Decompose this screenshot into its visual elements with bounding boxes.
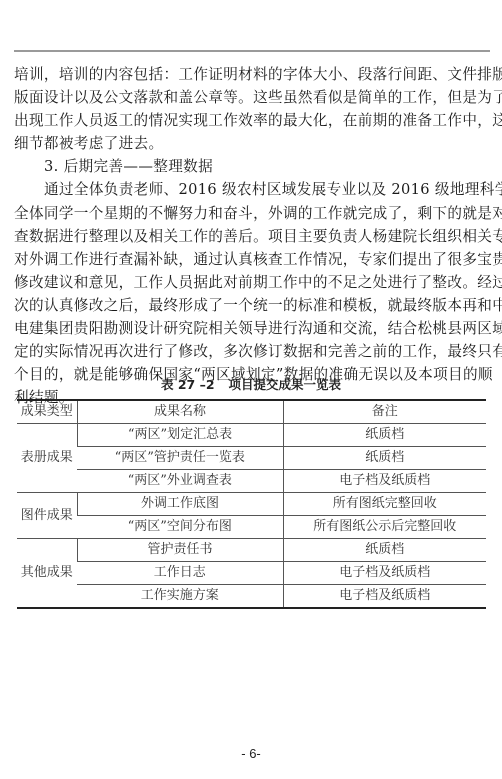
result-note-cell: 所有图纸完整回收 bbox=[283, 493, 486, 516]
table-caption: 表 27 –2项目提交成果一览表 bbox=[0, 375, 502, 395]
body-text: 培训，培训的内容包括：工作证明材料的字体大小、段落行间距、文件排版、 版面设计以… bbox=[14, 63, 490, 409]
body-line: 出现工作人员返工的情况实现工作效率的最大化，在前期的准备工作中，这些 bbox=[14, 109, 490, 132]
result-name-cell: 工作日志 bbox=[77, 562, 283, 585]
body-line: 对外调工作进行查漏补缺，通过认真核查工作情况，专家们提出了很多宝贵的 bbox=[14, 248, 490, 271]
header-rule bbox=[14, 50, 490, 52]
result-note-cell: 所有图纸公示后完整回收 bbox=[283, 516, 486, 539]
table-header-row: 成果类型 成果名称 备注 bbox=[17, 400, 486, 424]
table-caption-title: 项目提交成果一览表 bbox=[229, 377, 342, 392]
table-row: “两区”空间分布图 所有图纸公示后完整回收 bbox=[17, 516, 486, 539]
table-row: 其他成果 管护责任书 纸质档 bbox=[17, 539, 486, 562]
table-row: 表册成果 “两区”划定汇总表 纸质档 bbox=[17, 424, 486, 447]
result-note-cell: 纸质档 bbox=[283, 447, 486, 470]
header-note: 备注 bbox=[283, 400, 486, 424]
result-note-cell: 纸质档 bbox=[283, 539, 486, 562]
body-line: 版面设计以及公文落款和盖公章等。这些虽然看似是简单的工作，但是为了不 bbox=[14, 86, 490, 109]
result-name-cell: 工作实施方案 bbox=[77, 585, 283, 609]
result-note-cell: 电子档及纸质档 bbox=[283, 470, 486, 493]
body-line: 通过全体负责老师、2016 级农村区域发展专业以及 2016 级地理科学专业 bbox=[14, 178, 490, 201]
body-line: 修改建议和意见，工作人员据此对前期工作中的不足之处进行了整改。经过多 bbox=[14, 271, 490, 294]
body-line: 培训，培训的内容包括：工作证明材料的字体大小、段落行间距、文件排版、 bbox=[14, 63, 490, 86]
group-type-cell: 表册成果 bbox=[17, 424, 77, 493]
body-line: 全体同学一个星期的不懈努力和奋斗，外调的工作就完成了，剩下的就是对调 bbox=[14, 202, 490, 225]
body-line: 细节都被考虑了进去。 bbox=[14, 132, 490, 155]
group-type-cell: 图件成果 bbox=[17, 493, 77, 539]
result-name-cell: “两区”空间分布图 bbox=[77, 516, 283, 539]
table-row: “两区”外业调查表 电子档及纸质档 bbox=[17, 470, 486, 493]
table-row: 图件成果 外调工作底图 所有图纸完整回收 bbox=[17, 493, 486, 516]
table-caption-number: 表 27 –2 bbox=[161, 377, 215, 392]
body-line: 次的认真修改之后，最终形成了一个统一的标准和模板，就最终版本再和中国 bbox=[14, 294, 490, 317]
result-name-cell: “两区”外业调查表 bbox=[77, 470, 283, 493]
results-table: 成果类型 成果名称 备注 表册成果 “两区”划定汇总表 纸质档 “两区”管护责任… bbox=[17, 399, 486, 609]
header-type: 成果类型 bbox=[17, 400, 77, 424]
result-name-cell: “两区”管护责任一览表 bbox=[77, 447, 283, 470]
result-note-cell: 电子档及纸质档 bbox=[283, 585, 486, 609]
result-name-cell: 外调工作底图 bbox=[77, 493, 283, 516]
body-line: 电建集团贵阳勘测设计研究院相关领导进行沟通和交流，结合松桃县两区域划 bbox=[14, 317, 490, 340]
result-note-cell: 纸质档 bbox=[283, 424, 486, 447]
body-line: 查数据进行整理以及相关工作的善后。项目主要负责人杨建院长组织相关专家 bbox=[14, 225, 490, 248]
result-name-cell: “两区”划定汇总表 bbox=[77, 424, 283, 447]
result-name-cell: 管护责任书 bbox=[77, 539, 283, 562]
table-row: 工作日志 电子档及纸质档 bbox=[17, 562, 486, 585]
table-row: 工作实施方案 电子档及纸质档 bbox=[17, 585, 486, 609]
group-type-cell: 其他成果 bbox=[17, 539, 77, 609]
section-heading: 3. 后期完善——整理数据 bbox=[14, 155, 490, 178]
page-number: - 6- bbox=[0, 746, 502, 761]
table-row: “两区”管护责任一览表 纸质档 bbox=[17, 447, 486, 470]
body-line: 定的实际情况再次进行了修改，多次修订数据和完善之前的工作，最终只有一 bbox=[14, 340, 490, 363]
header-name: 成果名称 bbox=[77, 400, 283, 424]
result-note-cell: 电子档及纸质档 bbox=[283, 562, 486, 585]
